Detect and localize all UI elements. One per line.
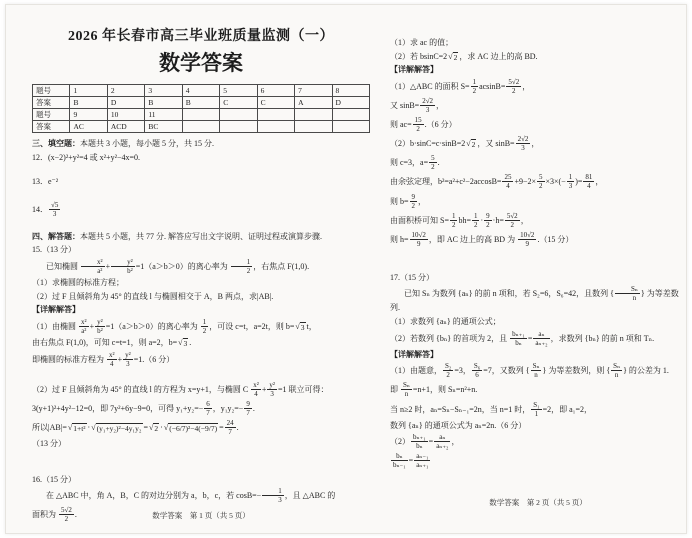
table-cell <box>220 109 257 121</box>
table-cell <box>257 121 294 133</box>
fraction: Sₙn <box>531 362 542 379</box>
doc-line: 当 n≥2 时，aₙ=Sₙ−Sₙ₋₁=2n，当 n=1 时，S₁1=2，即 a₁… <box>390 401 686 418</box>
fraction: x²4 <box>107 351 117 368</box>
fraction: 92 <box>410 193 418 210</box>
fraction: aₙaₙ₊₂ <box>434 433 450 450</box>
fraction: S₆6 <box>472 362 482 379</box>
doc-line: 【详解解答】 <box>390 349 686 361</box>
doc-line: 四、解答题：本题共 5 小题，共 77 分. 解答应写出文字说明、证明过程或演算… <box>32 231 370 243</box>
fraction: 2√23 <box>420 97 435 114</box>
table-cell: A <box>295 97 332 109</box>
page-2: （1）求 ac 的值；（2）若 bsinC=2√2，求 AC 边上的高 BD.【… <box>390 35 686 471</box>
exam-title: 2026 年长春市高三毕业班质量监测（一） <box>32 25 370 45</box>
radical: √(y₁+y₂)²−4y₁y₂ <box>91 423 142 434</box>
fraction: 92 <box>484 212 492 229</box>
table-cell: 题号 <box>33 109 70 121</box>
table-cell <box>257 109 294 121</box>
page-1-body: 三、填空题：本题共 3 小题，每小题 5 分，共 15 分.12．(x−2)²+… <box>32 138 370 524</box>
radical: √2 <box>466 139 476 150</box>
doc-line: 三、填空题：本题共 3 小题，每小题 5 分，共 15 分. <box>32 138 370 150</box>
doc-line: （13 分） <box>32 438 370 450</box>
table-cell: 4 <box>182 85 219 97</box>
table-cell <box>220 121 257 133</box>
table-cell: 3 <box>145 85 182 97</box>
table-cell: 2 <box>107 85 144 97</box>
table-cell: 5 <box>220 85 257 97</box>
table-cell: ACD <box>107 121 144 133</box>
fraction: 247 <box>225 419 236 436</box>
fraction: x²a² <box>79 318 89 335</box>
radical: √3 <box>178 338 188 349</box>
fraction: 10√29 <box>518 231 536 248</box>
fraction: Sₙn <box>615 285 640 302</box>
fraction: 152 <box>413 116 424 133</box>
doc-line: （1）求 ac 的值； <box>390 37 686 49</box>
table-cell: 答案 <box>33 121 70 133</box>
radical: √(−6/7)²−4(−9/7) <box>164 423 218 434</box>
fraction: S₁1 <box>531 401 541 418</box>
table-row: 答案ACACDBC <box>33 121 370 133</box>
fraction: 97 <box>244 400 252 417</box>
doc-line: （2）b·sinC=c·sinB=2√2，又 sinB=2√23， <box>390 135 686 152</box>
fraction: 12 <box>472 212 480 229</box>
fraction: 5√22 <box>505 212 520 229</box>
table-cell: 10 <box>107 109 144 121</box>
doc-line: （2）过 F 且倾斜角为 45° 的直线 l 与椭圆相交于 A，B 两点，求|A… <box>32 291 370 303</box>
fraction: 52 <box>537 173 545 190</box>
fraction: Sₙn <box>611 362 622 379</box>
fraction: x²4 <box>251 381 261 398</box>
radical: √3 <box>295 322 305 333</box>
table-cell: 8 <box>332 85 370 97</box>
table-cell: 9 <box>70 109 107 121</box>
doc-line: bₙbₙ₋₁=aₙ₋₁aₙ₊₁ <box>390 452 686 469</box>
fraction: 13 <box>262 487 284 504</box>
table-cell <box>295 121 332 133</box>
fraction: y²b² <box>111 258 135 275</box>
fraction: aₙaₙ₊₂ <box>533 330 549 347</box>
doc-line: 16.（15 分） <box>32 474 370 486</box>
fraction: bₙ₊₁bₙ <box>411 433 428 450</box>
doc-line: 由余弦定理，b²=a²+c²−2accosB=254+9−2×52×3×(−13… <box>390 173 686 190</box>
fraction: 10√29 <box>410 231 428 248</box>
answer-table: 题号12345678答案BDBBCCAD题号91011答案ACACDBC <box>32 84 370 133</box>
table-row: 答案BDBBCCAD <box>33 97 370 109</box>
fraction: 12 <box>231 258 253 275</box>
table-cell: 11 <box>145 109 182 121</box>
table-cell: C <box>257 97 294 109</box>
fraction: 254 <box>502 173 513 190</box>
table-cell: B <box>182 97 219 109</box>
doc-line: （2）若数列 {bₙ} 的首项为 2，且 bₙ₊₁bₙ=aₙaₙ₊₂，求数列 {… <box>390 330 686 347</box>
radical: √2 <box>448 52 458 63</box>
doc-line: 由右焦点 F(1,0)，可知 c=t=1，则 a=2，b=√3. <box>32 337 370 349</box>
table-cell: D <box>107 97 144 109</box>
table-cell: BC <box>145 121 182 133</box>
answer-key-title: 数学答案 <box>32 47 370 77</box>
doc-line: 3(y+1)²+4y²−12=0，即 7y²+6y−9=0，可得 y₁+y₂=−… <box>32 400 370 417</box>
table-row: 题号12345678 <box>33 85 370 97</box>
fraction: S₂2 <box>443 362 453 379</box>
doc-line: （2）若 bsinC=2√2，求 AC 边上的高 BD. <box>390 51 686 63</box>
doc-line: （1）求数列 {aₙ} 的通项公式； <box>390 316 686 328</box>
doc-line: 由面积桥可知 S=12bh=12·92·h=5√22， <box>390 212 686 229</box>
doc-line: 17.（15 分） <box>390 272 686 284</box>
fraction: 52 <box>429 154 437 171</box>
table-cell <box>295 109 332 121</box>
table-row: 题号91011 <box>33 109 370 121</box>
doc-line: 在 △ABC 中，角 A，B，C 的对边分别为 a，b，c，若 cosB=−13… <box>32 487 370 504</box>
table-cell: 7 <box>295 85 332 97</box>
table-cell <box>182 121 219 133</box>
doc-line: 又 sinB=2√23， <box>390 97 686 114</box>
radical: √2 <box>149 423 159 434</box>
fraction: y²b² <box>95 318 105 335</box>
doc-line: 13．e⁻² <box>32 176 370 188</box>
radical: √1+t² <box>68 423 87 434</box>
doc-line: （1）求椭圆的标准方程； <box>32 277 370 289</box>
table-cell: C <box>220 97 257 109</box>
page-2-footer: 数学答案 第 2 页（共 5 页） <box>390 497 686 508</box>
fraction: y²3 <box>267 381 277 398</box>
doc-line: 已知 Sₙ 为数列 {aₙ} 的前 n 项和，若 S₂=6，S₆=42，且数列 … <box>390 285 686 314</box>
table-cell: B <box>145 97 182 109</box>
fraction: 67 <box>204 400 212 417</box>
doc-line: 已知椭圆 x²a²+y²b²=1（a＞b＞0）的离心率为 12，右焦点 F(1,… <box>32 258 370 275</box>
table-cell: 1 <box>70 85 107 97</box>
table-cell <box>182 109 219 121</box>
doc-line: 即椭圆的标准方程为 x²4+y²3=1.（6 分） <box>32 351 370 368</box>
doc-line: （1）△ABC 的面积 S=12acsinB=5√22， <box>390 78 686 95</box>
table-cell: 答案 <box>33 97 70 109</box>
document-scan: 2026 年长春市高三毕业班质量监测（一） 数学答案 题号12345678答案B… <box>5 4 687 534</box>
fraction: 13 <box>567 173 575 190</box>
doc-line: 则 b=92， <box>390 193 686 210</box>
doc-line: 则 ac=152.（6 分） <box>390 116 686 133</box>
doc-line: （2）过 F 且倾斜角为 45° 的直线 l 的方程为 x=y+1，与椭圆 C … <box>32 381 370 398</box>
doc-line: 15.（13 分） <box>32 244 370 256</box>
fraction: bₙ₊₁bₙ <box>510 330 527 347</box>
table-cell: AC <box>70 121 107 133</box>
fraction: bₙbₙ₋₁ <box>391 452 408 469</box>
doc-line: 则 h=10√29，即 AC 边上的高 BD 为 10√29.（15 分） <box>390 231 686 248</box>
fraction: 2√23 <box>516 135 531 152</box>
fraction: 814 <box>583 173 594 190</box>
doc-line: 所以|AB|=√1+t²·√(y₁+y₂)²−4y₁y₂=√2·√(−6/7)²… <box>32 419 370 436</box>
doc-line: 数列 {aₙ} 的通项公式为 aₙ=2n.（6 分） <box>390 420 686 432</box>
table-cell: 6 <box>257 85 294 97</box>
table-cell: 题号 <box>33 85 70 97</box>
doc-line: （1）由椭圆 x²a²+y²b²=1（a＞b＞0）的离心率为 12，可设 c=t… <box>32 318 370 335</box>
doc-line: 【详解解答】 <box>32 304 370 316</box>
fraction: Sₙn <box>401 381 412 398</box>
doc-line: 【详解解答】 <box>390 64 686 76</box>
fraction: √53 <box>49 201 60 218</box>
doc-line: 即 Sₙn=n+1，则 Sₙ=n²+n. <box>390 381 686 398</box>
fraction: 5√22 <box>506 78 521 95</box>
table-cell: D <box>332 97 370 109</box>
doc-line: 则 c=3，a=52. <box>390 154 686 171</box>
doc-line: 12．(x−2)²+y²=4 或 x²+y²−4x=0. <box>32 152 370 164</box>
table-cell <box>332 121 370 133</box>
doc-line: 14．√53 <box>32 201 370 218</box>
table-cell: B <box>70 97 107 109</box>
fraction: aₙ₋₁aₙ₊₁ <box>414 452 430 469</box>
fraction: 12 <box>471 78 479 95</box>
table-cell <box>332 109 370 121</box>
page-2-body: （1）求 ac 的值；（2）若 bsinC=2√2，求 AC 边上的高 BD.【… <box>390 37 686 469</box>
fraction: x²a² <box>81 258 105 275</box>
fraction: y²3 <box>123 351 133 368</box>
doc-line: （2）bₙ₊₁bₙ=aₙaₙ₊₂， <box>390 433 686 450</box>
page-1-footer: 数学答案 第 1 页（共 5 页） <box>32 510 370 521</box>
fraction: 12 <box>450 212 458 229</box>
doc-line: （1）由题意，S₂2=3，S₆6=7，又数列 {Sₙn} 为等差数列，则 {Sₙ… <box>390 362 686 379</box>
page-1: 2026 年长春市高三毕业班质量监测（一） 数学答案 题号12345678答案B… <box>32 21 370 526</box>
fraction: 12 <box>201 318 209 335</box>
